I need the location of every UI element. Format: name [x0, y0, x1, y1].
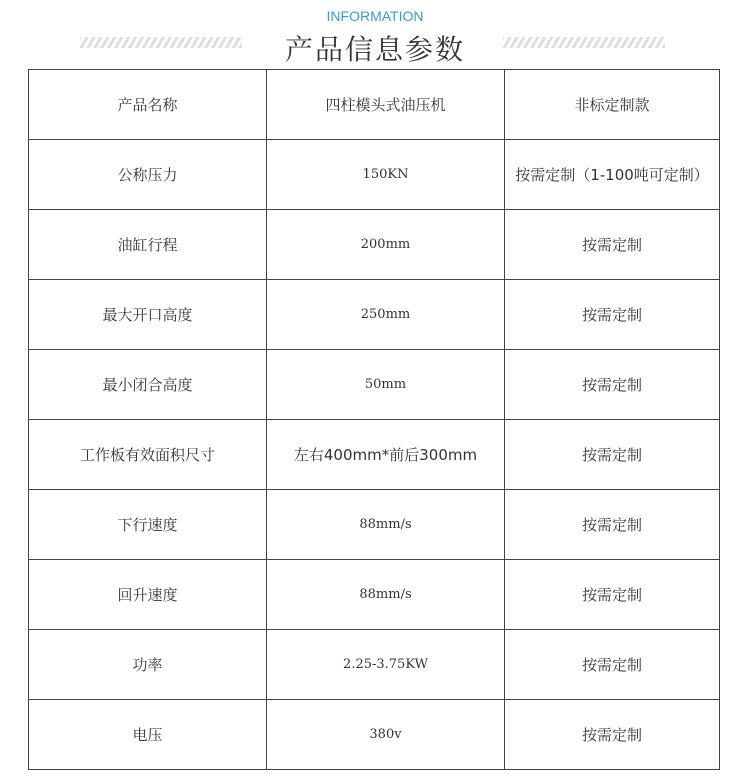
table-row: 下行速度 88mm/s 按需定制	[29, 490, 720, 560]
spec-name: 最大开口高度	[29, 280, 267, 350]
section-title-chinese: 产品信息参数	[0, 28, 750, 68]
spec-value: 2.25-3.75KW	[267, 630, 505, 700]
spec-name: 回升速度	[29, 560, 267, 630]
spec-value: 200mm	[267, 210, 505, 280]
table-row: 产品名称 四柱模头式油压机 非标定制款	[29, 70, 720, 140]
product-spec-table: 产品名称 四柱模头式油压机 非标定制款 公称压力 150KN 按需定制（1-10…	[28, 69, 720, 770]
spec-value: 380v	[267, 700, 505, 770]
table-row: 工作板有效面积尺寸 左右400mm*前后300mm 按需定制	[29, 420, 720, 490]
spec-name: 工作板有效面积尺寸	[29, 420, 267, 490]
spec-value: 250mm	[267, 280, 505, 350]
spec-note: 按需定制	[505, 700, 720, 770]
spec-value: 88mm/s	[267, 560, 505, 630]
section-title-english: INFORMATION	[0, 8, 750, 24]
spec-name: 电压	[29, 700, 267, 770]
table-row: 电压 380v 按需定制	[29, 700, 720, 770]
spec-value: 左右400mm*前后300mm	[267, 420, 505, 490]
spec-note: 按需定制	[505, 490, 720, 560]
table-row: 油缸行程 200mm 按需定制	[29, 210, 720, 280]
spec-name: 下行速度	[29, 490, 267, 560]
spec-note: 按需定制	[505, 210, 720, 280]
spec-note: 按需定制	[505, 350, 720, 420]
spec-note: 非标定制款	[505, 70, 720, 140]
spec-note: 按需定制（1-100吨可定制）	[505, 140, 720, 210]
spec-name: 油缸行程	[29, 210, 267, 280]
spec-name: 产品名称	[29, 70, 267, 140]
spec-value: 50mm	[267, 350, 505, 420]
section-header: INFORMATION 产品信息参数	[0, 0, 750, 69]
spec-note: 按需定制	[505, 280, 720, 350]
spec-value: 88mm/s	[267, 490, 505, 560]
spec-value: 四柱模头式油压机	[267, 70, 505, 140]
spec-name: 功率	[29, 630, 267, 700]
table-row: 最大开口高度 250mm 按需定制	[29, 280, 720, 350]
table-row: 公称压力 150KN 按需定制（1-100吨可定制）	[29, 140, 720, 210]
spec-note: 按需定制	[505, 560, 720, 630]
table-row: 回升速度 88mm/s 按需定制	[29, 560, 720, 630]
spec-value: 150KN	[267, 140, 505, 210]
table-row: 最小闭合高度 50mm 按需定制	[29, 350, 720, 420]
spec-note: 按需定制	[505, 420, 720, 490]
table-row: 功率 2.25-3.75KW 按需定制	[29, 630, 720, 700]
spec-name: 公称压力	[29, 140, 267, 210]
spec-name: 最小闭合高度	[29, 350, 267, 420]
spec-note: 按需定制	[505, 630, 720, 700]
